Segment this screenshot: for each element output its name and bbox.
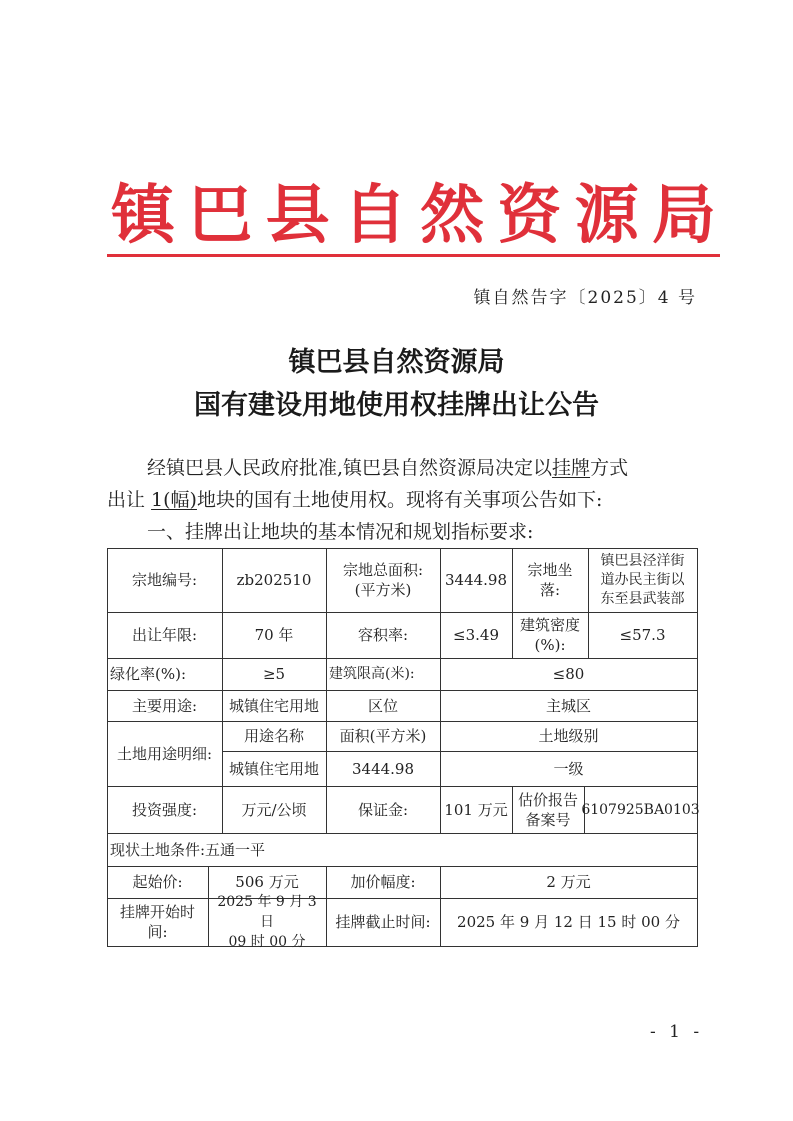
main-use-label: 主要用途:	[107, 690, 223, 722]
title-notice: 国有建设用地使用权挂牌出让公告	[0, 383, 793, 422]
start-time-value: 2025 年 9 月 3 日 09 时 00 分	[208, 898, 327, 947]
use-name-value: 城镇住宅用地	[222, 751, 327, 787]
title-agency: 镇巴县自然资源局	[0, 340, 793, 379]
term-value: 70 年	[222, 612, 327, 659]
deposit-label: 保证金:	[326, 786, 441, 834]
label-line: (%):	[534, 635, 565, 655]
intro-text: 出让	[107, 489, 151, 511]
land-condition: 现状土地条件:五通一平	[107, 833, 698, 867]
invest-value: 万元/公顷	[222, 786, 327, 834]
masthead-char: 资	[493, 164, 565, 256]
parcel-no-label: 宗地编号:	[107, 548, 223, 613]
intro-line-2: 出让 1(幅)地块的国有土地使用权。现将有关事项公告如下:	[107, 484, 707, 516]
label-line: 宗地总面积:	[343, 560, 423, 580]
label-line: 建筑密度	[520, 615, 580, 635]
far-value: ≤3.49	[440, 612, 513, 659]
term-label: 出让年限:	[107, 612, 223, 659]
time-line: 09 时 00 分	[229, 932, 306, 952]
appraisal-no-value: 6107925BA0103	[584, 786, 698, 834]
use-grade-value: 一级	[440, 751, 698, 787]
masthead-char: 源	[571, 164, 643, 256]
location-line: 东至县武装部	[601, 590, 685, 609]
agency-masthead: 镇 巴 县 自 然 资 源 局	[107, 170, 720, 250]
parcel-count: 1(幅)	[151, 489, 197, 511]
far-label: 容积率:	[326, 612, 441, 659]
masthead-char: 镇	[107, 164, 179, 256]
deposit-value: 101 万元	[440, 786, 513, 834]
green-label: 绿化率(%):	[107, 658, 223, 691]
masthead-char: 局	[648, 164, 720, 256]
label-line: (平方米)	[355, 580, 412, 600]
increment-label: 加价幅度:	[326, 866, 441, 899]
start-price-label: 起始价:	[107, 866, 209, 899]
label-line: 间:	[147, 922, 167, 942]
masthead-char: 县	[262, 164, 334, 256]
zone-label: 区位	[326, 690, 441, 722]
use-detail-label: 土地用途明细:	[107, 721, 223, 787]
page-number: - 1 -	[650, 1022, 703, 1042]
masthead-divider	[107, 254, 720, 257]
appraisal-label: 估价报告 备案号	[512, 786, 585, 834]
location-line: 镇巴县泾洋街	[601, 552, 685, 571]
document-number: 镇自然告字〔2025〕4 号	[474, 283, 697, 308]
label-line: 备案号	[525, 810, 570, 830]
parcel-no-value: zb202510	[222, 548, 327, 613]
increment-value: 2 万元	[440, 866, 698, 899]
density-label: 建筑密度 (%):	[512, 612, 589, 659]
intro-text: 方式	[590, 457, 628, 479]
zone-value: 主城区	[440, 690, 698, 722]
label-line: 落:	[540, 580, 560, 600]
end-time-value: 2025 年 9 月 12 日 15 时 00 分	[440, 898, 698, 947]
intro-line-1: 经镇巴县人民政府批准,镇巴县自然资源局决定以挂牌方式	[107, 452, 747, 484]
label-line: 宗地坐	[527, 560, 572, 580]
transfer-method: 挂牌	[552, 457, 590, 479]
masthead-char: 巴	[184, 164, 256, 256]
label-line: 挂牌开始时	[120, 902, 195, 922]
density-value: ≤57.3	[588, 612, 698, 659]
label-line: 估价报告	[518, 790, 578, 810]
start-time-label: 挂牌开始时 间:	[107, 898, 209, 947]
time-line: 2025 年 9 月 3 日	[210, 892, 324, 932]
end-time-label: 挂牌截止时间:	[326, 898, 441, 947]
total-area-label: 宗地总面积: (平方米)	[326, 548, 441, 613]
use-name-header: 用途名称	[222, 721, 327, 752]
height-label: 建筑限高(米):	[326, 658, 441, 691]
main-use-value: 城镇住宅用地	[222, 690, 327, 722]
intro-text: 地块的国有土地使用权。现将有关事项公告如下:	[197, 489, 602, 511]
height-value: ≤80	[440, 658, 698, 691]
use-area-header: 面积(平方米)	[326, 721, 441, 752]
masthead-char: 然	[416, 164, 488, 256]
green-value: ≥5	[222, 658, 327, 691]
location-value: 镇巴县泾洋街 道办民主街以 东至县武装部	[588, 548, 698, 613]
invest-label: 投资强度:	[107, 786, 223, 834]
section-heading-1: 一、挂牌出让地块的基本情况和规划指标要求:	[107, 516, 747, 548]
location-label: 宗地坐 落:	[512, 548, 589, 613]
masthead-char: 自	[339, 164, 411, 256]
intro-text: 经镇巴县人民政府批准,镇巴县自然资源局决定以	[147, 457, 552, 479]
use-grade-header: 土地级别	[440, 721, 698, 752]
use-area-value: 3444.98	[326, 751, 441, 787]
total-area-value: 3444.98	[440, 548, 513, 613]
location-line: 道办民主街以	[601, 571, 685, 590]
